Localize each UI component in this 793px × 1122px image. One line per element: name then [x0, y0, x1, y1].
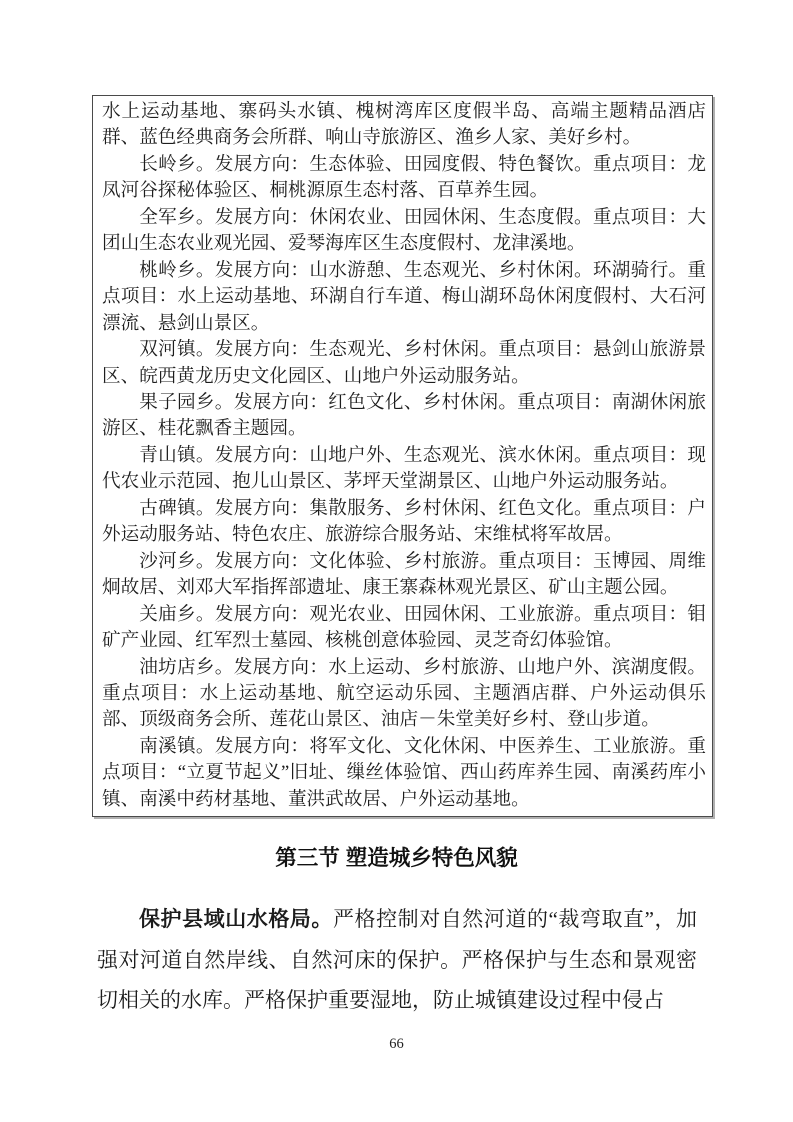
box-paragraph: 青山镇。发展方向：山地户外、生态观光、滨水休闲。重点项目：现代农业示范园、抱儿山… [102, 443, 706, 496]
box-paragraph: 古碑镇。发展方向：集散服务、乡村休闲、红色文化。重点项目：户外运动服务站、特色农… [102, 496, 706, 549]
box-paragraph: 长岭乡。发展方向：生态体验、田园度假、特色餐饮。重点项目：龙凤河谷探秘体验区、桐… [102, 152, 706, 205]
box-paragraph: 水上运动基地、寨码头水镇、槐树湾库区度假半岛、高端主题精品酒店群、蓝色经典商务会… [102, 99, 706, 152]
box-paragraph: 果子园乡。发展方向：红色文化、乡村休闲。重点项目：南湖休闲旅游区、桂花飘香主题园… [102, 390, 706, 443]
box-paragraph: 全军乡。发展方向：休闲农业、田园休闲、生态度假。重点项目：大团山生态农业观光园、… [102, 205, 706, 258]
box-paragraph: 双河镇。发展方向：生态观光、乡村休闲。重点项目：悬剑山旅游景区、皖西黄龙历史文化… [102, 337, 706, 390]
body-paragraph-lead: 保护县域山水格局。 [139, 907, 333, 931]
box-paragraph: 桃岭乡。发展方向：山水游憩、生态观光、乡村休闲。环湖骑行。重点项目：水上运动基地… [102, 258, 706, 337]
box-paragraph: 沙河乡。发展方向：文化体验、乡村旅游。重点项目：玉博园、周维炯故居、刘邓大军指挥… [102, 549, 706, 602]
section-heading: 第三节 塑造城乡特色风貌 [0, 843, 793, 873]
body-paragraph: 保护县域山水格局。严格控制对自然河道的“裁弯取直”，加强对河道自然岸线、自然河床… [97, 899, 697, 1021]
document-page: 水上运动基地、寨码头水镇、槐树湾库区度假半岛、高端主题精品酒店群、蓝色经典商务会… [0, 0, 793, 1122]
box-paragraph: 关庙乡。发展方向：观光农业、田园休闲、工业旅游。重点项目：钼矿产业园、红军烈士墓… [102, 602, 706, 655]
township-projects-box: 水上运动基地、寨码头水镇、槐树湾库区度假半岛、高端主题精品酒店群、蓝色经典商务会… [92, 95, 713, 817]
box-paragraph: 油坊店乡。发展方向：水上运动、乡村旅游、山地户外、滨湖度假。重点项目：水上运动基… [102, 655, 706, 734]
box-paragraph: 南溪镇。发展方向：将军文化、文化休闲、中医养生、工业旅游。重点项目：“立夏节起义… [102, 734, 706, 813]
page-number: 66 [0, 1036, 793, 1053]
